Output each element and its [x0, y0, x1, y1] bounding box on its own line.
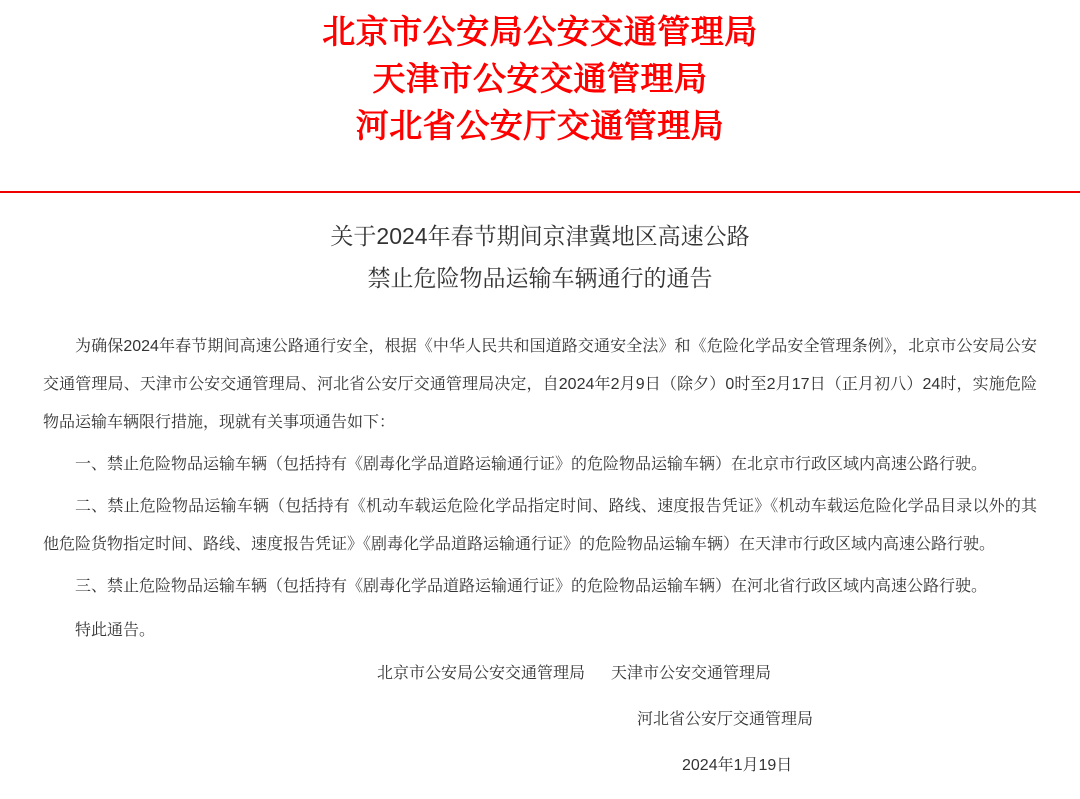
signature-hebei: 河北省公安厅交通管理局: [637, 701, 1037, 739]
paragraph-item-1: 一、禁止危险物品运输车辆（包括持有《剧毒化学品道路运输通行证》的危险物品运输车辆…: [43, 446, 1037, 484]
issuing-authorities-header: 北京市公安局公安交通管理局 天津市公安交通管理局 河北省公安厅交通管理局: [0, 0, 1080, 149]
notice-title-line-1: 关于2024年春节期间京津冀地区高速公路: [0, 215, 1080, 257]
signature-row-1: 北京市公安局公安交通管理局天津市公安交通管理局: [377, 655, 1037, 693]
paragraph-closing: 特此通告。: [43, 612, 1037, 650]
notice-title: 关于2024年春节期间京津冀地区高速公路 禁止危险物品运输车辆通行的通告: [0, 215, 1080, 299]
authority-tianjin: 天津市公安交通管理局: [0, 55, 1080, 102]
signature-tianjin: 天津市公安交通管理局: [611, 665, 771, 682]
notice-document: 北京市公安局公安交通管理局 天津市公安交通管理局 河北省公安厅交通管理局 关于2…: [0, 0, 1080, 799]
notice-title-line-2: 禁止危险物品运输车辆通行的通告: [0, 257, 1080, 299]
paragraph-item-2: 二、禁止危险物品运输车辆（包括持有《机动车载运危险化学品指定时间、路线、速度报告…: [43, 488, 1037, 564]
red-divider: [0, 191, 1080, 193]
signature-beijing: 北京市公安局公安交通管理局: [377, 665, 585, 682]
paragraph-intro: 为确保2024年春节期间高速公路通行安全，根据《中华人民共和国道路交通安全法》和…: [43, 328, 1037, 442]
paragraph-item-3: 三、禁止危险物品运输车辆（包括持有《剧毒化学品道路运输通行证》的危险物品运输车辆…: [43, 568, 1037, 606]
notice-date: 2024年1月19日: [682, 747, 1037, 785]
notice-body: 为确保2024年春节期间高速公路通行安全，根据《中华人民共和国道路交通安全法》和…: [0, 299, 1080, 785]
authority-beijing: 北京市公安局公安交通管理局: [0, 8, 1080, 55]
authority-hebei: 河北省公安厅交通管理局: [0, 102, 1080, 149]
